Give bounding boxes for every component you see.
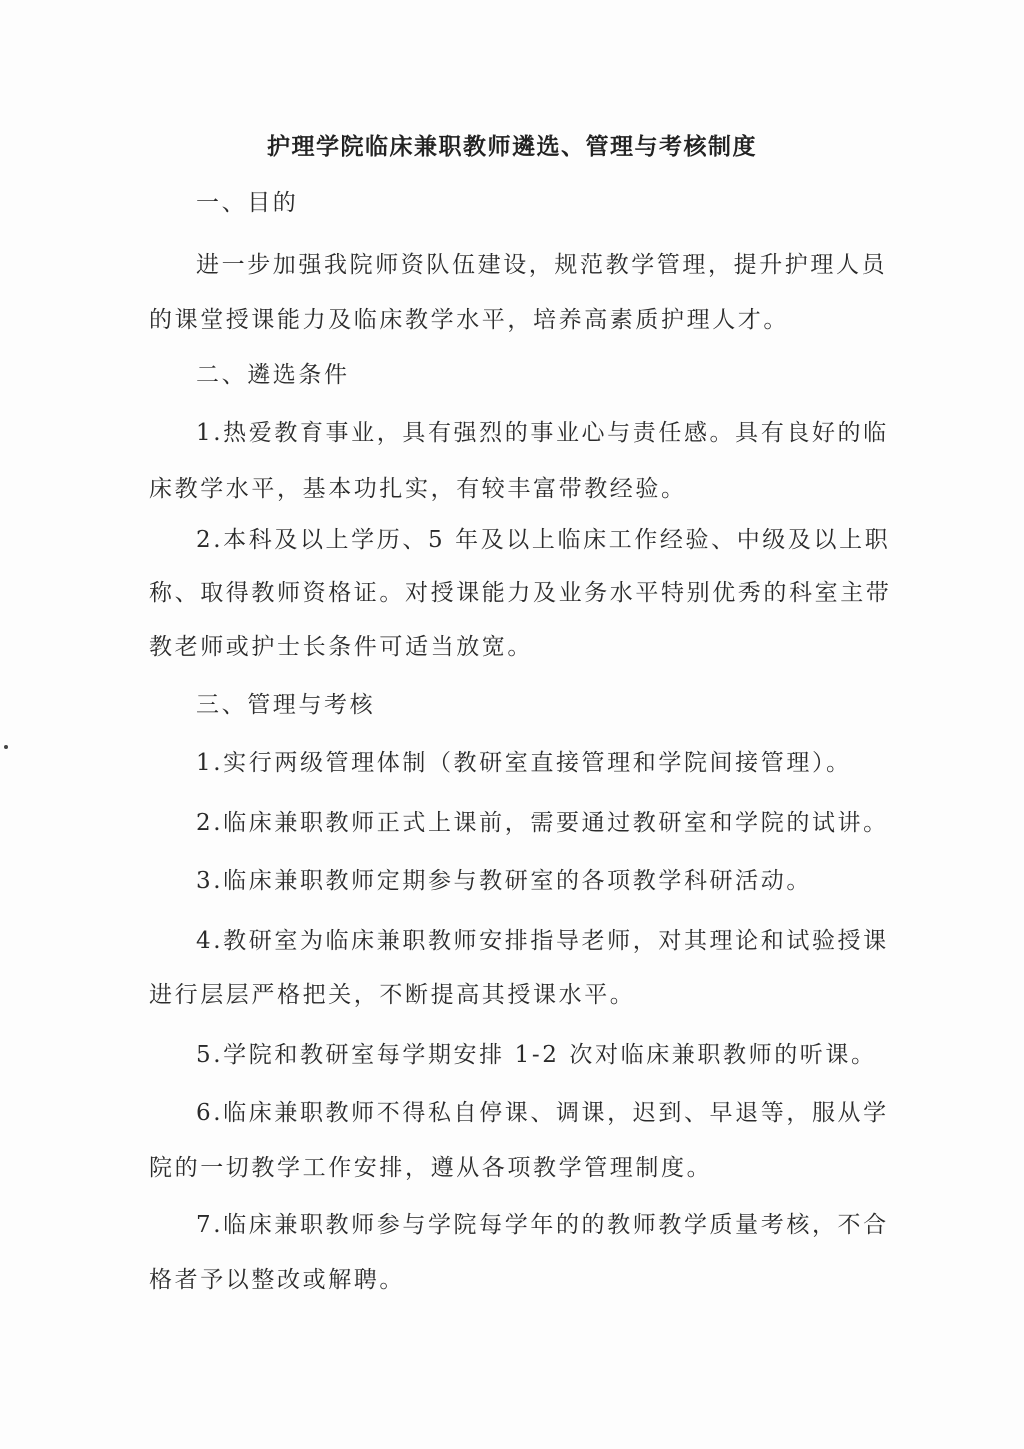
section-heading-purpose: 一、目的 xyxy=(196,188,298,218)
paragraph-line: 进一步加强我院师资队伍建设，规范教学管理，提升护理人员 xyxy=(196,250,887,280)
paragraph-line: 2.本科及以上学历、5 年及以上临床工作经验、中级及以上职 xyxy=(196,525,890,555)
section-heading-management: 三、管理与考核 xyxy=(196,690,375,720)
paragraph-line: 1.实行两级管理体制（教研室直接管理和学院间接管理）。 xyxy=(196,748,852,778)
paragraph-line: 进行层层严格把关，不断提高其授课水平。 xyxy=(149,980,635,1010)
paragraph-line: 2.临床兼职教师正式上课前，需要通过教研室和学院的试讲。 xyxy=(196,808,889,838)
paragraph-line: 4.教研室为临床兼职教师安排指导老师，对其理论和试验授课 xyxy=(196,926,889,956)
paragraph-line: 3.临床兼职教师定期参与教研室的各项教学科研活动。 xyxy=(196,866,812,896)
paragraph-line: 7.临床兼职教师参与学院每学年的的教师教学质量考核，不合 xyxy=(196,1210,889,1240)
section-heading-selection: 二、遴选条件 xyxy=(196,360,350,390)
scan-speck xyxy=(4,745,8,749)
paragraph-line: 的课堂授课能力及临床教学水平，培养高素质护理人才。 xyxy=(149,305,789,335)
document-page: 护理学院临床兼职教师遴选、管理与考核制度 一、目的 进一步加强我院师资队伍建设，… xyxy=(0,0,1024,1449)
paragraph-line: 5.学院和教研室每学期安排 1-2 次对临床兼职教师的听课。 xyxy=(196,1040,877,1070)
document-title: 护理学院临床兼职教师遴选、管理与考核制度 xyxy=(0,128,1024,161)
paragraph-line: 称、取得教师资格证。对授课能力及业务水平特别优秀的科室主带 xyxy=(149,578,891,608)
paragraph-line: 1.热爱教育事业，具有强烈的事业心与责任感。具有良好的临 xyxy=(196,418,889,448)
paragraph-line: 格者予以整改或解聘。 xyxy=(149,1265,405,1295)
paragraph-line: 6.临床兼职教师不得私自停课、调课，迟到、早退等，服从学 xyxy=(196,1098,889,1128)
paragraph-line: 院的一切教学工作安排，遵从各项教学管理制度。 xyxy=(149,1153,712,1183)
paragraph-line: 教老师或护士长条件可适当放宽。 xyxy=(149,632,533,662)
paragraph-line: 床教学水平，基本功扎实，有较丰富带教经验。 xyxy=(149,474,687,504)
